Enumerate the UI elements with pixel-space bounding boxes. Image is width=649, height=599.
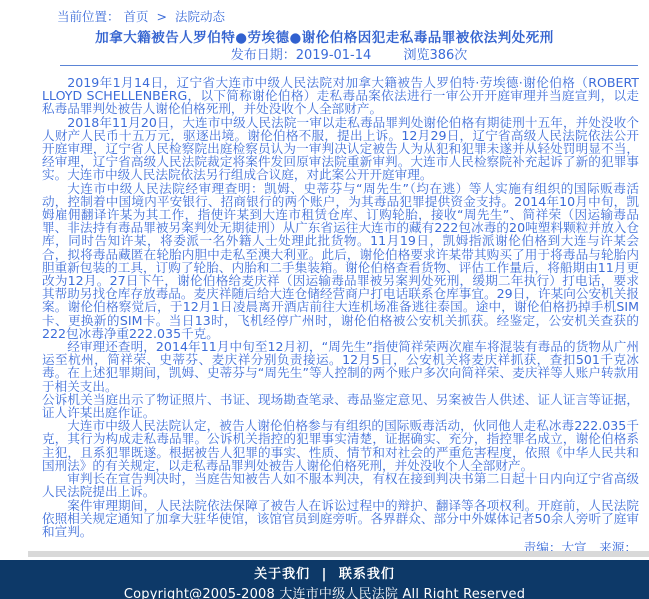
breadcrumb-separator: >: [157, 9, 167, 24]
article-title: 加拿大籍被告人罗伯特●劳埃德●谢伦伯格因犯走私毒品罪被依法判处死刑: [0, 26, 649, 46]
contact-us-link[interactable]: 联系我们: [339, 567, 395, 582]
paragraph-4: 经审理还查明，2014年11月中旬至12月初，“周先生”指使简祥荣两次雇车将混装…: [42, 340, 639, 393]
breadcrumb-section-link[interactable]: 法院动态: [175, 9, 225, 24]
footer-links-divider: |: [322, 567, 328, 582]
article-body: 2019年1月14日，辽宁省大连市中级人民法院对加拿大籍被告人罗伯特·劳埃德·谢…: [42, 76, 639, 554]
paragraph-2: 2018年11月20日，大连市中级人民法院一审以走私毒品罪判处谢伦伯格有期徒刑十…: [42, 116, 639, 182]
copyright: Copyright@2005-2008 大连市中级人民法院 All Right …: [0, 583, 649, 599]
breadcrumb-home-link[interactable]: 首页: [124, 9, 149, 24]
footer: 关于我们 | 联系我们 Copyright@2005-2008 大连市中级人民法…: [0, 560, 649, 599]
paragraph-7: 审判长在宣告判决时，当庭告知被告人如不服本判决，有权在接到判决书第二日起十日内向…: [42, 472, 639, 498]
court-news-page: 当前位置： 首页 > 法院动态 加拿大籍被告人罗伯特●劳埃德●谢伦伯格因犯走私毒…: [0, 0, 649, 599]
footer-links: 关于我们 | 联系我们: [0, 563, 649, 582]
about-us-link[interactable]: 关于我们: [254, 567, 310, 582]
view-count: 浏览386次: [403, 48, 467, 63]
paragraph-6: 大连市中级人民法院认定，被告人谢伦伯格参与有组织的国际贩毒活动，伙同他人走私冰毒…: [42, 419, 639, 472]
publish-date: 发布日期：2019-01-14: [231, 48, 372, 63]
breadcrumb: 当前位置： 首页 > 法院动态: [57, 7, 225, 25]
paragraph-5: 公诉机关当庭出示了物证照片、书证、现场勘查笔录、毒品鉴定意见、另案被告人供述、证…: [42, 393, 639, 419]
divider-bar: [28, 551, 649, 557]
paragraph-1: 2019年1月14日，辽宁省大连市中级人民法院对加拿大籍被告人罗伯特·劳埃德·谢…: [42, 76, 639, 116]
dateline: 发布日期：2019-01-14 浏览386次: [60, 44, 638, 66]
paragraph-3: 大连市中级人民法院经审理查明：凯姆、史蒂芬与“周先生”（均在逃）等人实施有组织的…: [42, 182, 639, 340]
paragraph-8: 案件审理期间，人民法院依法保障了被告人在诉讼过程中的辩护、翻译等各项权利。开庭前…: [42, 499, 639, 539]
breadcrumb-label: 当前位置：: [57, 9, 120, 24]
